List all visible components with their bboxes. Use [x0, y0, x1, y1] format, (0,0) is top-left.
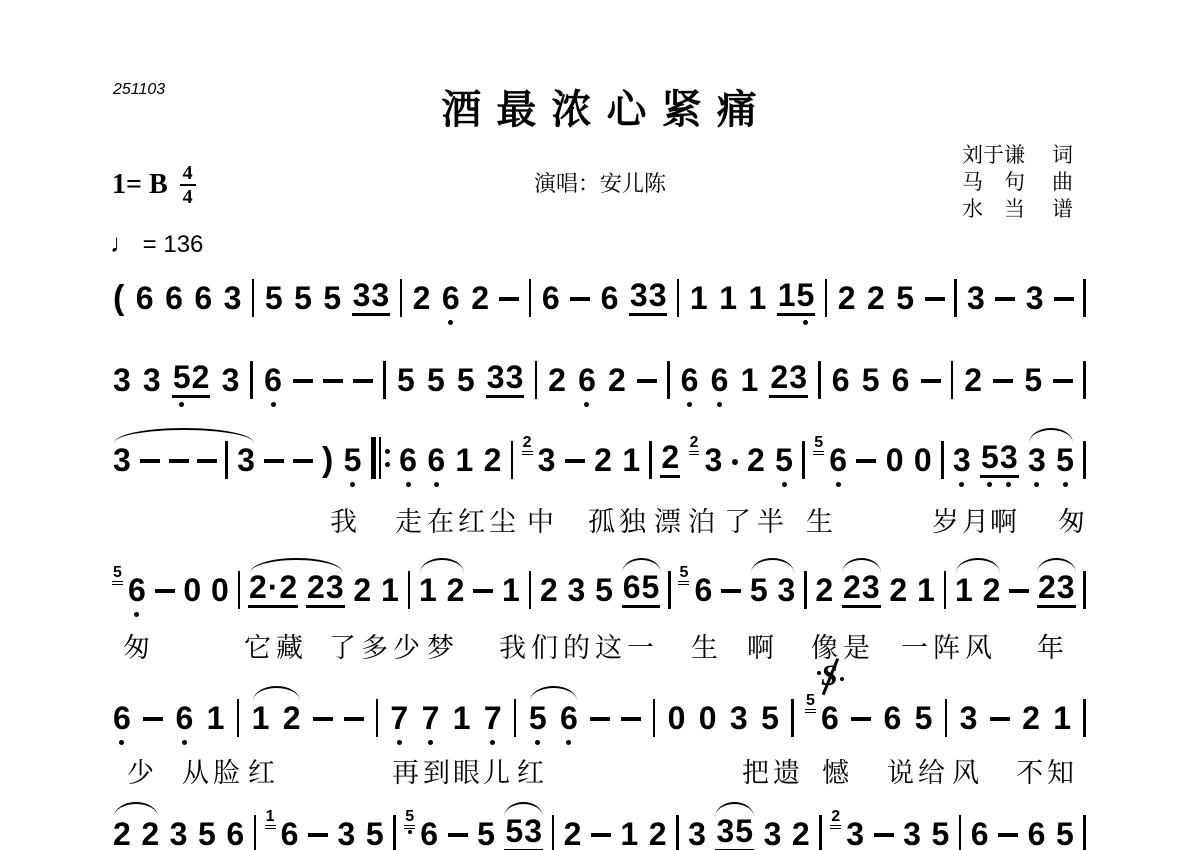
- note-digit: 3: [486, 359, 506, 395]
- note-digits: 6: [693, 572, 713, 608]
- note-token: 6: [112, 692, 132, 742]
- note-digit: 3: [959, 700, 979, 736]
- note-token: 32: [537, 434, 557, 484]
- dash-note: [313, 717, 333, 721]
- note-digits: 6: [883, 700, 903, 736]
- note-digit: 3: [729, 700, 749, 736]
- note-digit: 6: [828, 442, 848, 478]
- note-token: 32: [845, 808, 865, 850]
- note-digits: 6: [970, 816, 990, 850]
- note-digit: 3: [352, 277, 372, 313]
- note-digits: 6: [680, 362, 700, 398]
- slur-arc: [842, 558, 881, 573]
- note-token: 5: [343, 434, 363, 484]
- note-digits: 3: [169, 816, 189, 850]
- note-token: 61: [280, 808, 300, 850]
- note-digits: 53: [504, 813, 543, 850]
- note-digit: 3: [112, 362, 132, 398]
- note-digits: 2: [963, 362, 983, 398]
- note-digit: 6: [441, 280, 461, 316]
- grace-note: 5: [678, 564, 689, 585]
- credit-lyricist: 刘于谦 词: [962, 142, 1073, 169]
- note-token: 52: [172, 354, 211, 404]
- grace-note-digit: 5: [404, 809, 415, 829]
- barline: [529, 279, 532, 317]
- note-digits: 5: [426, 362, 446, 398]
- note-digit: 5: [980, 439, 1000, 475]
- note-token: 3: [729, 692, 749, 742]
- note-token: 2: [963, 354, 983, 404]
- lyric-char: 红: [248, 757, 275, 789]
- barline: [653, 699, 656, 737]
- note-token: 1: [1052, 692, 1072, 742]
- note-token: 6: [193, 272, 213, 322]
- segno-dot: [840, 677, 844, 681]
- note-digit: 3: [715, 813, 735, 849]
- note-digits: 5: [930, 816, 950, 850]
- note-digits: 3: [952, 442, 972, 478]
- note-token: 65: [693, 564, 713, 614]
- note-digit: 6: [419, 816, 439, 850]
- note-digits: 6: [541, 280, 561, 316]
- note-digits: 7: [389, 700, 409, 736]
- note-digit: 6: [820, 700, 840, 736]
- note-digits: 3: [845, 816, 865, 850]
- lyric-char: 给: [918, 757, 945, 789]
- barline: [408, 571, 411, 609]
- barline: [400, 279, 403, 317]
- note-digits: 5: [760, 700, 780, 736]
- note-digit: 2: [593, 442, 613, 478]
- grace-note: 1: [265, 808, 276, 829]
- lyrics-line: 匆它藏了多少梦我们的这一生啊像是一阵风年: [0, 632, 1200, 668]
- note-token: 15: [777, 272, 816, 322]
- note-digit: 5: [172, 359, 192, 395]
- note-digit: 2: [140, 816, 160, 850]
- note-token: 5: [760, 692, 780, 742]
- note-digits: 52: [172, 359, 211, 398]
- note-token: 65: [820, 692, 840, 742]
- music-line: (66635553326266331111522533: [112, 272, 1086, 322]
- note-digit: 2: [814, 572, 834, 608]
- grace-note-digit: 5: [805, 693, 816, 713]
- note-token: 1: [619, 808, 639, 850]
- note-token: 23: [769, 354, 808, 404]
- note-digit: 2: [248, 569, 268, 605]
- note-digit: 0: [913, 442, 933, 478]
- note-token: 3: [169, 808, 189, 850]
- note-digits: 2: [791, 816, 811, 850]
- lyric-char: 孤: [588, 506, 615, 538]
- dash-note: [993, 379, 1013, 383]
- note-digits: 2: [563, 816, 583, 850]
- note-digits: 3: [337, 816, 357, 850]
- lyric-char: 它: [244, 632, 271, 664]
- note-digit: 1: [777, 277, 797, 313]
- note-digit: 2: [648, 816, 668, 850]
- note-digit: 3: [845, 816, 865, 850]
- note-digits: 6: [225, 816, 245, 850]
- note-digit: 6: [135, 280, 155, 316]
- note-digit: 2: [866, 280, 886, 316]
- note-digits: 1: [689, 280, 709, 316]
- composer-role: 曲: [1052, 169, 1073, 196]
- barline: [668, 571, 671, 609]
- note-digits: 23: [306, 569, 345, 608]
- note-digits: 2: [607, 362, 627, 398]
- lyric-char: 泊: [688, 506, 715, 538]
- note-digit: 5: [641, 569, 661, 605]
- note-digit: 2: [352, 572, 372, 608]
- note-digit: 3: [505, 359, 525, 395]
- barline: [954, 279, 957, 317]
- note-token: 5: [322, 272, 342, 322]
- note-digits: 2: [746, 442, 766, 478]
- note-digits: 3: [776, 572, 796, 608]
- note-digit: 3: [1056, 569, 1076, 605]
- barline: [535, 361, 538, 399]
- note-digits: 53: [980, 439, 1019, 478]
- note-digit: 6: [174, 700, 194, 736]
- note-digits: 33: [486, 359, 525, 398]
- lyric-char: 匆: [123, 632, 150, 664]
- note-digits: 7: [483, 700, 503, 736]
- barline: [1083, 815, 1086, 850]
- note-token: 5: [774, 434, 794, 484]
- note-digits: 15: [777, 277, 816, 316]
- note-token: 5: [396, 354, 416, 404]
- note-token: 0: [698, 692, 718, 742]
- note-token: 7: [389, 692, 409, 742]
- credit-composer: 马 句 曲: [962, 169, 1073, 196]
- dash-note: [856, 459, 876, 463]
- grace-note: 2: [830, 808, 841, 829]
- note-digit: 2: [282, 700, 302, 736]
- note-digit: 1: [206, 700, 226, 736]
- note-digit: 5: [197, 816, 217, 850]
- note-digit: 3: [537, 442, 557, 478]
- note-digit: 6: [891, 362, 911, 398]
- note-digit: 0: [667, 700, 687, 736]
- note-token: 5: [365, 808, 385, 850]
- note-digits: 2: [547, 362, 567, 398]
- grace-note-digit: 5: [813, 435, 824, 455]
- barline: [818, 361, 821, 399]
- note-token: 33: [352, 272, 391, 322]
- note-digit: 3: [223, 280, 243, 316]
- dash-note: [155, 589, 175, 593]
- lyricist-name: 刘于谦: [962, 142, 1038, 169]
- note-token: 5: [594, 564, 614, 614]
- lyric-char: 说: [887, 757, 914, 789]
- barline: [649, 441, 652, 479]
- barline: [825, 279, 828, 317]
- note-digit: 5: [343, 442, 363, 478]
- barline: [393, 815, 396, 850]
- note-digits: 1: [916, 572, 936, 608]
- note-digits: 6: [419, 816, 439, 850]
- note-digits: 6: [174, 700, 194, 736]
- note-digit: 3: [169, 816, 189, 850]
- note-digits: (: [112, 280, 125, 316]
- note-digit: 5: [1023, 362, 1043, 398]
- note-token: 5: [930, 808, 950, 850]
- music-line: 22356613565553212335323235665: [112, 808, 1086, 850]
- note-token: 1: [747, 272, 767, 322]
- note-token: 6: [970, 808, 990, 850]
- note-token: 3: [687, 808, 707, 850]
- dash-note: [570, 297, 590, 301]
- note-digits: 23: [842, 569, 881, 608]
- note-digit: 3: [325, 569, 345, 605]
- composer-name: 马 句: [962, 169, 1038, 196]
- note-digit: 6: [680, 362, 700, 398]
- note-token: 2: [1021, 692, 1041, 742]
- note-digit: 5: [426, 362, 446, 398]
- note-digit: 5: [594, 572, 614, 608]
- note-digits: 6: [193, 280, 213, 316]
- note-token: 6: [225, 808, 245, 850]
- note-digits: 1: [452, 700, 472, 736]
- note-token: 3: [221, 354, 241, 404]
- lyric-char: 风: [965, 632, 992, 664]
- note-digit: 3: [1027, 442, 1047, 478]
- barline: [941, 441, 944, 479]
- barline: [225, 441, 228, 479]
- barline: [676, 815, 679, 850]
- lyric-char: 少: [393, 632, 420, 664]
- note-digit: 2: [660, 439, 680, 475]
- note-digit: 1: [501, 572, 521, 608]
- barline: [511, 441, 514, 479]
- note-digit: 6: [541, 280, 561, 316]
- note-digit: 3: [567, 572, 587, 608]
- barline: [802, 441, 805, 479]
- dash-note: [293, 459, 313, 463]
- note-digits: 5: [914, 700, 934, 736]
- lyric-char: 中: [527, 506, 554, 538]
- note-digits: 33: [352, 277, 391, 316]
- note-digits: 7: [421, 700, 441, 736]
- note-digit: 2: [1021, 700, 1041, 736]
- dash-note: [353, 379, 373, 383]
- note-digit: 2: [446, 572, 466, 608]
- note-digits: 1: [740, 362, 760, 398]
- note-digit: 3: [999, 439, 1019, 475]
- note-digits: 6: [135, 280, 155, 316]
- note-token: 0: [913, 434, 933, 484]
- dash-note: [499, 297, 519, 301]
- note-digit: 6: [127, 572, 147, 608]
- note-digits: 6: [559, 700, 579, 736]
- note-digit: 3: [337, 816, 357, 850]
- music-line: 33)56612322123225650035335: [112, 434, 1086, 484]
- note-digits: 1: [718, 280, 738, 316]
- note-digits: 0: [182, 572, 202, 608]
- lyric-char: 我: [330, 506, 357, 538]
- barline: [667, 361, 670, 399]
- note-token: 0: [885, 434, 905, 484]
- note-digit: 2: [769, 359, 789, 395]
- note-token: 2: [648, 808, 668, 850]
- barline: [1083, 699, 1086, 737]
- lyric-char: 不: [1016, 757, 1043, 789]
- note-digit: 3: [902, 816, 922, 850]
- note-token: 53: [980, 434, 1019, 484]
- barline: [804, 571, 807, 609]
- note-token: 6: [891, 354, 911, 404]
- note-digit: 5: [264, 280, 284, 316]
- note-digits: 5: [528, 700, 548, 736]
- note-token: 5: [426, 354, 446, 404]
- note-token: 1: [452, 692, 472, 742]
- note-token: 5: [895, 272, 915, 322]
- transcriber-role: 谱: [1052, 196, 1073, 223]
- note-digit: 3: [952, 442, 972, 478]
- slur-arc: [114, 802, 158, 817]
- note-digit: 2: [982, 572, 1002, 608]
- note-token: 2: [607, 354, 627, 404]
- note-digits: 6: [577, 362, 597, 398]
- transcriber-name: 水 当: [962, 196, 1038, 223]
- note-token: 1: [916, 564, 936, 614]
- note-digits: 23: [1037, 569, 1076, 608]
- note-digits: 0: [885, 442, 905, 478]
- barline: [529, 571, 532, 609]
- lyric-char: 匆: [1058, 506, 1085, 538]
- note-digit: 3: [142, 362, 162, 398]
- note-digits: 33: [629, 277, 668, 316]
- note-digits: 1: [619, 816, 639, 850]
- note-digits: 6: [112, 700, 132, 736]
- note-digit: 5: [456, 362, 476, 398]
- credit-transcriber: 水 当 谱: [962, 196, 1073, 223]
- barline: [677, 279, 680, 317]
- note-token: 3: [112, 354, 132, 404]
- note-digit: 2: [412, 280, 432, 316]
- note-digit: 2: [547, 362, 567, 398]
- note-token: 1: [718, 272, 738, 322]
- lyric-char: 是: [843, 632, 870, 664]
- note-token: 2: [746, 434, 766, 484]
- note-digit: 5: [796, 277, 816, 313]
- dash-note: [264, 459, 284, 463]
- dash-note: [925, 297, 945, 301]
- note-token: 6: [541, 272, 561, 322]
- note-digit: 3: [966, 280, 986, 316]
- repeat-begin-icon: [371, 437, 390, 479]
- barline: [1083, 441, 1086, 479]
- note-token: 3: [1025, 272, 1045, 322]
- lyric-char: 岁: [932, 506, 959, 538]
- parenthesis-symbol: ): [321, 434, 334, 484]
- lyricist-role: 词: [1052, 142, 1073, 169]
- grace-note-digit: 2: [689, 435, 700, 455]
- quarter-note-icon: ♩: [110, 228, 136, 258]
- music-line: 65002·22321121235656553223211223: [112, 564, 1086, 614]
- dash-note: [921, 379, 941, 383]
- lyric-char: 眼: [453, 757, 480, 789]
- lyric-char: 风: [952, 757, 979, 789]
- note-token: 2: [483, 434, 503, 484]
- dash-note: [1054, 297, 1074, 301]
- note-digit: 7: [483, 700, 503, 736]
- note-digits: 3: [221, 362, 241, 398]
- lyric-char: 这: [595, 632, 622, 664]
- repeat-thick-bar: [371, 437, 376, 479]
- note-token: 3: [142, 354, 162, 404]
- note-digits: 5: [749, 572, 769, 608]
- note-digit: 2: [306, 569, 326, 605]
- note-digit: 2: [791, 816, 811, 850]
- note-digits: 3: [1025, 280, 1045, 316]
- note-digits: 2: [412, 280, 432, 316]
- note-digit: 6: [112, 700, 132, 736]
- barline: [250, 361, 253, 399]
- note-digits: 2: [593, 442, 613, 478]
- note-digits: 6: [280, 816, 300, 850]
- note-token: 3: [902, 808, 922, 850]
- note-digit: 3: [236, 442, 256, 478]
- note-token: 6: [263, 354, 283, 404]
- time-signature: 4 4: [180, 163, 196, 207]
- note-token: 6: [600, 272, 620, 322]
- note-token: 2: [837, 272, 857, 322]
- note-digit: 3: [221, 362, 241, 398]
- note-digits: 3: [959, 700, 979, 736]
- note-digit: 5: [528, 700, 548, 736]
- note-digits: 2: [866, 280, 886, 316]
- lyric-char: 把: [742, 757, 769, 789]
- note-digits: 2: [814, 572, 834, 608]
- barline: [791, 699, 794, 737]
- note-digits: 6: [891, 362, 911, 398]
- note-digit: 5: [396, 362, 416, 398]
- note-digits: 0: [210, 572, 230, 608]
- note-digit: 3: [370, 277, 390, 313]
- dash-note: [591, 833, 611, 837]
- music-line: 6611277175600356565321: [112, 692, 1086, 742]
- note-digit: 2: [112, 816, 132, 850]
- note-digits: 2: [140, 816, 160, 850]
- note-digits: 1: [418, 572, 438, 608]
- note-digits: 6: [441, 280, 461, 316]
- barline: [1083, 571, 1086, 609]
- note-digit: (: [112, 280, 125, 316]
- note-token: 5: [197, 808, 217, 850]
- note-digits: 1: [747, 280, 767, 316]
- note-digits: 0: [913, 442, 933, 478]
- note-token: 5: [861, 354, 881, 404]
- note-digits: 6: [828, 442, 848, 478]
- note-digit: 2: [837, 280, 857, 316]
- note-token: 5: [914, 692, 934, 742]
- note-digit: 1: [454, 442, 474, 478]
- lyric-char: 阵: [933, 632, 960, 664]
- note-token: 6: [577, 354, 597, 404]
- note-digits: 1: [501, 572, 521, 608]
- note-digits: 0: [698, 700, 718, 736]
- note-digit: 5: [504, 813, 524, 849]
- note-digits: 5: [861, 362, 881, 398]
- slur-arc: [114, 428, 254, 443]
- note-token: 6: [1027, 808, 1047, 850]
- lyric-char: 漂: [654, 506, 681, 538]
- note-digit: 2: [278, 569, 298, 605]
- lyrics-line: 我走在红尘中孤独漂泊了半生岁月啊匆: [0, 506, 1200, 542]
- note-digits: 2: [837, 280, 857, 316]
- note-digits: 5: [343, 442, 363, 478]
